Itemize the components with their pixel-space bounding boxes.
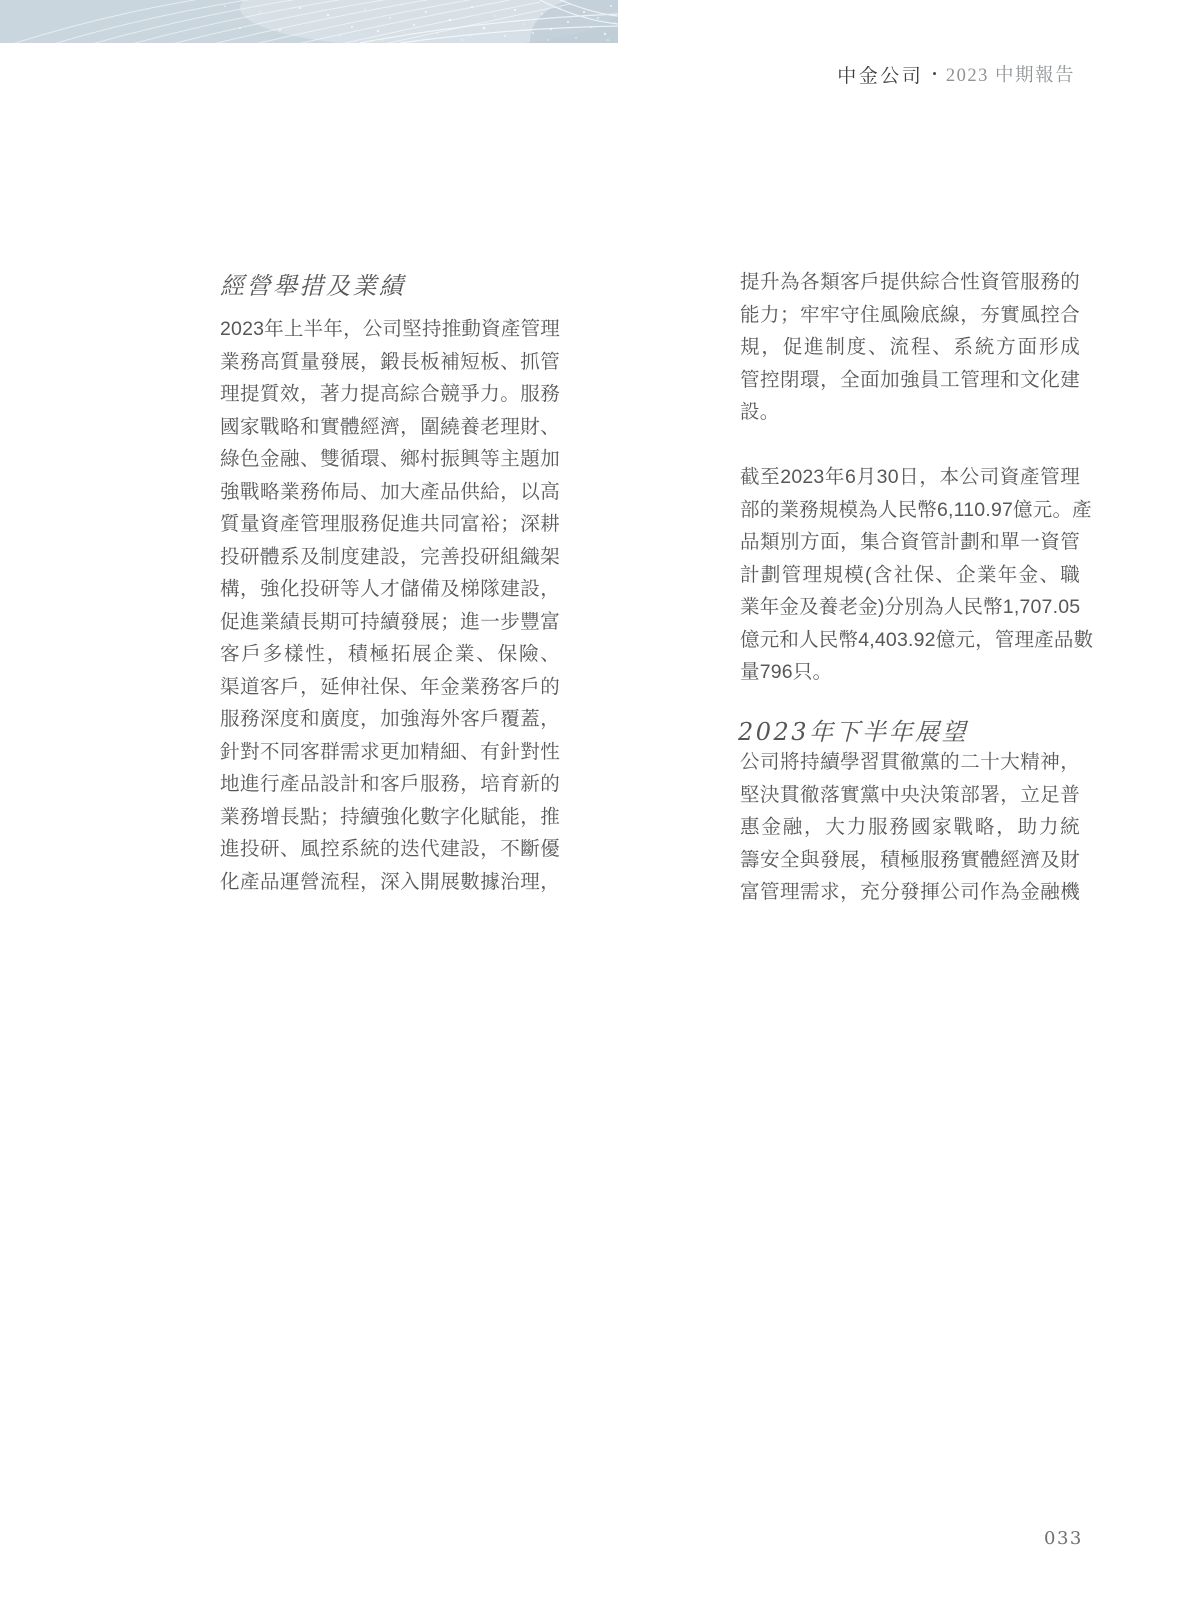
text-line: 業年金及養老金)分別為人民幣1,707.05 — [740, 591, 1080, 624]
report-title: 2023 中期報告 — [946, 61, 1075, 87]
right-column-paragraph-3: 公司將持續學習貫徹黨的二十大精神，堅決貫徹落實黨中央決策部署，立足普惠金融，大力… — [740, 746, 1080, 909]
text-line: 公司將持續學習貫徹黨的二十大精神， — [740, 746, 1080, 779]
text-line: 構，強化投研等人才儲備及梯隊建設， — [220, 573, 560, 606]
text-line: 管控閉環，全面加強員工管理和文化建 — [740, 364, 1080, 397]
text-line: 堅決貫徹落實黨中央決策部署，立足普 — [740, 779, 1080, 812]
text-line: 惠金融，大力服務國家戰略，助力統 — [740, 811, 1080, 844]
text-line: 籌安全與發展，積極服務實體經濟及財 — [740, 844, 1080, 877]
text-line: 部的業務規模為人民幣6,110.97億元。產 — [740, 494, 1080, 527]
text-line: 國家戰略和實體經濟，圍繞養老理財、 — [220, 411, 560, 444]
text-line: 業務增長點；持續強化數字化賦能，推 — [220, 801, 560, 834]
text-line: 截至2023年6月30日，本公司資產管理 — [740, 461, 1080, 494]
text-line: 促進業績長期可持續發展；進一步豐富 — [220, 606, 560, 639]
text-line: 億元和人民幣4,403.92億元，管理產品數 — [740, 624, 1080, 657]
text-line: 針對不同客群需求更加精細、有針對性 — [220, 736, 560, 769]
text-line: 設。 — [740, 396, 1080, 429]
company-name: 中金公司 — [837, 61, 923, 88]
text-line: 量796只。 — [740, 656, 1080, 689]
text-line: 投研體系及制度建設，完善投研組織架 — [220, 541, 560, 574]
text-line: 質量資產管理服務促進共同富裕；深耕 — [220, 508, 560, 541]
text-line: 化產品運營流程，深入開展數據治理， — [220, 866, 560, 899]
text-line: 地進行產品設計和客戶服務，培育新的 — [220, 768, 560, 801]
text-line: 業務高質量發展，鍛長板補短板、抓管 — [220, 346, 560, 379]
separator-dot: • — [932, 61, 937, 87]
left-column-paragraph: 2023年上半年，公司堅持推動資產管理業務高質量發展，鍛長板補短板、抓管理提質效… — [220, 313, 560, 898]
text-line: 渠道客戶，延伸社保、年金業務客戶的 — [220, 671, 560, 704]
text-line: 理提質效，著力提高綜合競爭力。服務 — [220, 378, 560, 411]
text-line: 進投研、風控系統的迭代建設，不斷優 — [220, 833, 560, 866]
text-line: 服務深度和廣度，加強海外客戶覆蓋， — [220, 703, 560, 736]
text-line: 品類別方面，集合資管計劃和單一資管 — [740, 526, 1080, 559]
text-line: 綠色金融、雙循環、鄉村振興等主題加 — [220, 443, 560, 476]
page-header: 中金公司 • 2023 中期報告 — [837, 61, 1075, 87]
right-column-paragraph-1: 提升為各類客戶提供綜合性資管服務的能力；牢牢守住風險底線，夯實風控合規，促進制度… — [740, 266, 1080, 429]
section-heading-outlook: 2023年下半年展望 — [738, 712, 968, 747]
decorative-wave-band — [0, 0, 618, 43]
section-heading-business-measures: 經營舉措及業績 — [220, 266, 406, 301]
text-line: 提升為各類客戶提供綜合性資管服務的 — [740, 266, 1080, 299]
page-number: 033 — [1044, 1528, 1083, 1549]
text-line: 富管理需求，充分發揮公司作為金融機 — [740, 876, 1080, 909]
right-column-paragraph-2: 截至2023年6月30日，本公司資產管理部的業務規模為人民幣6,110.97億元… — [740, 461, 1080, 689]
text-line: 強戰略業務佈局、加大產品供給，以高 — [220, 476, 560, 509]
text-line: 規，促進制度、流程、系統方面形成 — [740, 331, 1080, 364]
text-line: 2023年上半年，公司堅持推動資產管理 — [220, 313, 560, 346]
text-line: 計劃管理規模(含社保、企業年金、職 — [740, 559, 1080, 592]
text-line: 能力；牢牢守住風險底線，夯實風控合 — [740, 299, 1080, 332]
text-line: 客戶多樣性，積極拓展企業、保險、 — [220, 638, 560, 671]
